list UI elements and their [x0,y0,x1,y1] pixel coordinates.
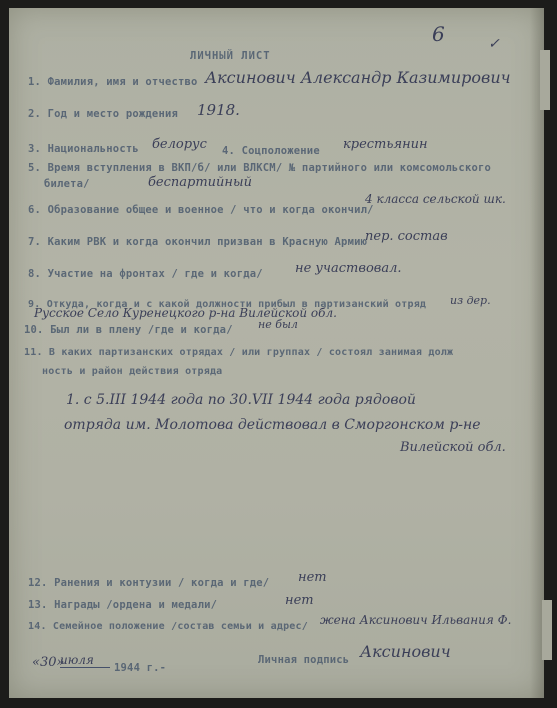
field-7-label: 7. Каким РВК и когда окончил призван в К… [28,236,367,248]
field-5-label: 5. Время вступления в ВКП/б/ или ВЛКСМ/ … [28,162,491,174]
signature: Аксинович [360,642,451,661]
field-10-value: не был [258,318,298,331]
field-11-label-cont: ность и район действия отряда [42,366,222,377]
field-11-value-line-3: Вилейской обл. [400,440,506,455]
field-14-value: жена Аксинович Ильвания Ф. [320,613,511,627]
date-month: июля [60,653,110,668]
field-11-value-line-1: 1. с 5.III 1944 года по 30.VII 1944 года… [66,392,416,408]
field-13-label: 13. Награды /ордена и медали/ [28,599,217,611]
field-1-label: 1. Фамилия, имя и отчество [28,76,198,88]
field-11-value-line-2: отряда им. Молотова действовал в Сморгон… [64,417,481,433]
document-title: ЛИЧНЫЙ ЛИСТ [190,50,271,62]
field-2-value: 1918. [197,101,240,119]
field-12-value: нет [298,570,327,585]
check-mark-icon: ✓ [488,36,500,52]
field-9-value: из дер. [450,294,491,307]
field-13-value: нет [285,593,314,608]
field-3-value: белорус [152,137,207,152]
field-3-label: 3. Национальность [28,143,139,155]
paper-edge [540,50,550,110]
field-1-value: Аксинович Александр Казимирович [205,68,511,87]
field-5-label-cont: билета/ [44,178,90,190]
field-14-label: 14. Семейное положение /состав семьи и а… [28,621,308,632]
field-4-label: 4. Соцположение [222,145,320,157]
field-8-label: 8. Участие на фронтах / где и когда/ [28,268,263,280]
field-11-label: 11. В каких партизанских отрядах / или г… [24,347,453,358]
field-6-label: 6. Образование общее и военное / что и к… [28,204,374,216]
field-10-label: 10. Был ли в плену /где и когда/ [24,324,233,336]
field-2-label: 2. Год и место рождения [28,108,178,120]
date-year: 1944 г.- [114,662,166,674]
field-5-value: беспартийный [148,175,252,190]
paper-edge [542,600,552,660]
signature-label: Личная подпись [258,654,349,666]
field-6-value: 4 класса сельской шк. [365,192,506,206]
field-4-value: крестьянин [343,137,428,152]
field-12-label: 12. Ранения и контузии / когда и где/ [28,577,269,589]
field-7-value: пер. состав [365,229,448,244]
field-8-value: не участвовал. [295,261,402,276]
page-number: 6 [432,22,445,46]
